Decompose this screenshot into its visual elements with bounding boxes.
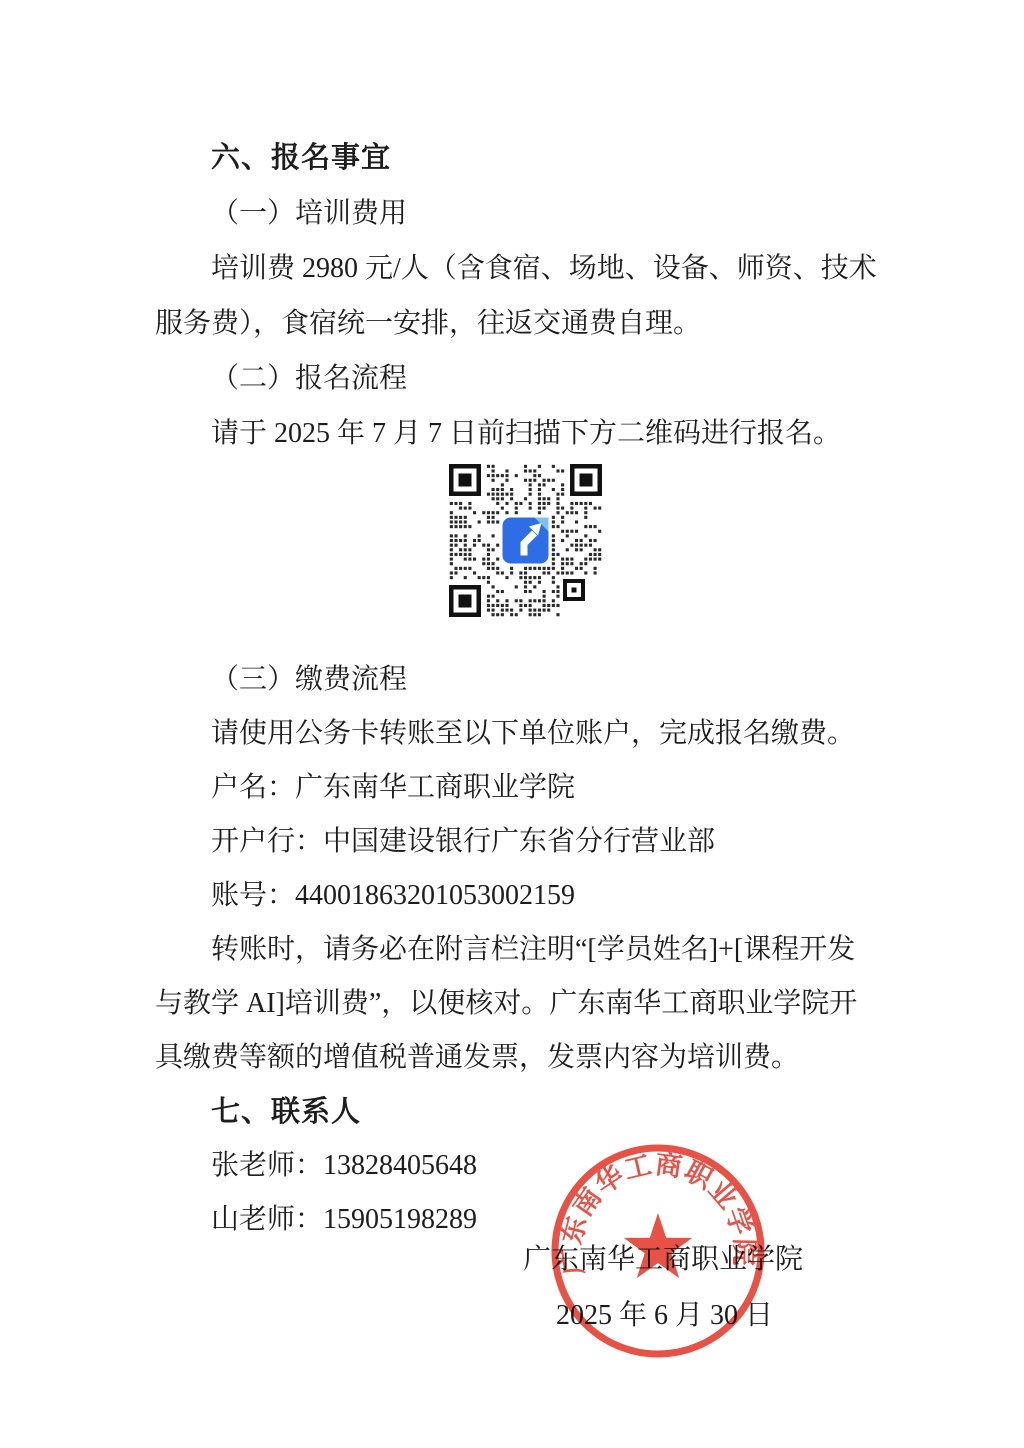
- official-seal: 广东南华工商职业学院: [543, 1136, 773, 1366]
- subheading-registration-process: （二）报名流程: [155, 351, 896, 406]
- subheading-training-fee: （一）培训费用: [155, 186, 896, 241]
- tencent-docs-icon: [503, 518, 549, 564]
- payment-instruction-line: 请使用公务卡转账至以下单位账户，完成报名缴费。: [155, 707, 896, 761]
- seal-star: [624, 1213, 692, 1278]
- remark-line-3: 具缴费等额的增值税普通发票，发票内容为培训费。: [155, 1031, 896, 1085]
- qr-finder-top-right: [570, 464, 602, 496]
- qr-code: [155, 461, 896, 653]
- document-body: 六、报名事宜 （一）培训费用 培训费 2980 元/人（含食宿、场地、设备、师资…: [155, 131, 896, 1247]
- document-page: 六、报名事宜 （一）培训费用 培训费 2980 元/人（含食宿、场地、设备、师资…: [0, 0, 1024, 1448]
- account-name-line: 户名：广东南华工商职业学院: [155, 761, 896, 815]
- section-heading-contacts: 七、联系人: [155, 1085, 896, 1139]
- subheading-payment-process: （三）缴费流程: [155, 653, 896, 707]
- qr-finder-bottom-left: [449, 585, 481, 617]
- remark-line-1: 转账时，请务必在附言栏注明“[学员姓名]+[课程开发: [155, 923, 896, 977]
- remark-line-2: 与教学 AI]培训费”，以便核对。广东南华工商职业学院开: [155, 977, 896, 1031]
- qr-alignment-marker: [565, 581, 583, 599]
- qr-code-image: [449, 464, 602, 617]
- qr-finder-top-left: [449, 464, 481, 496]
- account-number-line: 账号：44001863201053002159: [155, 869, 896, 923]
- section-heading-registration: 六、报名事宜: [155, 131, 896, 186]
- bank-branch-line: 开户行：中国建设银行广东省分行营业部: [155, 815, 896, 869]
- contact-zhang-line: 张老师：13828405648: [155, 1139, 896, 1193]
- fee-line-1: 培训费 2980 元/人（含食宿、场地、设备、师资、技术: [155, 241, 896, 296]
- registration-deadline-line: 请于 2025 年 7 月 7 日前扫描下方二维码进行报名。: [155, 406, 896, 461]
- fee-line-2: 服务费），食宿统一安排，往返交通费自理。: [155, 296, 896, 351]
